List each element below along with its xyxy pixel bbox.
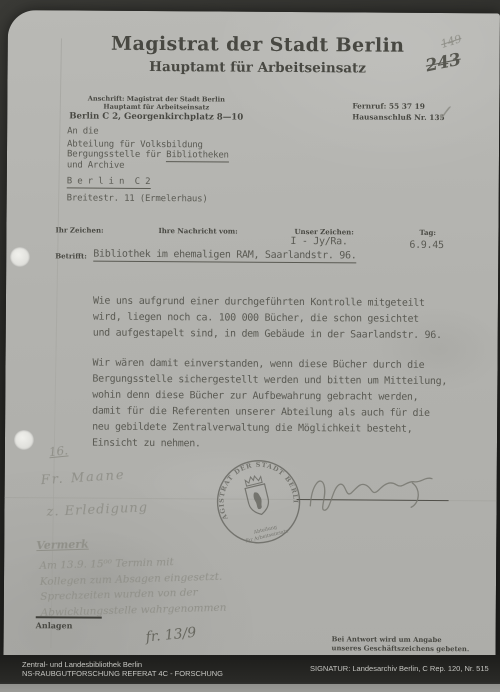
recipient-city: B e r l i n C 2: [67, 176, 151, 188]
sender-address: Anschrift: Magistrat der Stadt Berlin Ha…: [41, 94, 271, 112]
body-paragraph-1: Wie uns aufgrund einer durchgeführten Ko…: [93, 294, 478, 345]
sender-address-city: Berlin C 2, Georgenkirchplatz 8—10: [41, 111, 271, 123]
official-stamp: MAGISTRAT DER STADT BERLIN Abteilung für…: [201, 444, 317, 560]
handwritten-note-line2: z. Erledigung: [46, 500, 148, 520]
your-message-label: Ihre Nachricht vom:: [158, 226, 237, 236]
date-label: Tag:: [419, 228, 436, 237]
recipient-line2-prefix: Bergungsstelle für: [67, 150, 166, 161]
recipient-street: Breitestr. 11 (Ermelerhaus): [67, 193, 208, 204]
svg-text:MAGISTRAT DER STADT BERLIN: MAGISTRAT DER STADT BERLIN: [201, 444, 302, 525]
handwritten-initials-date: fr. 13/9: [145, 625, 197, 646]
handwritten-note-number: 16.: [48, 443, 68, 459]
body-paragraph-2: Wir wären damit einverstanden, wenn dies…: [92, 356, 483, 455]
stamp-ring-text: MAGISTRAT DER STADT BERLIN: [201, 444, 302, 525]
scanned-letter: Magistrat der Stadt Berlin Hauptamt für …: [0, 0, 500, 692]
recipient-salutation: An die: [67, 126, 98, 136]
check-mark: ✓: [434, 100, 454, 126]
stamp-bear-icon: [253, 491, 264, 510]
stamp-crown-icon: [245, 475, 262, 487]
your-ref-label: Ihr Zeichen:: [55, 225, 103, 234]
footer-owner: Zentral- und Landesbibliothek Berlin NS-…: [22, 660, 223, 678]
subject-label: Betrifft:: [55, 251, 87, 260]
letter-paper: Magistrat der Stadt Berlin Hauptamt für …: [3, 10, 499, 659]
footer-signature-ref: SIGNATUR: Landesarchiv Berlin, C Rep. 12…: [310, 664, 489, 673]
hole-punch-bottom: [14, 430, 34, 450]
sender-contact: Fernruf: 55 37 19 Hausanschluß Nr. 135: [352, 100, 445, 123]
scan-footer: Zentral- und Landesbibliothek Berlin NS-…: [0, 655, 500, 692]
enclosures-label: Anlagen: [36, 620, 73, 630]
vertical-fold-line: [50, 38, 62, 648]
handwritten-memo: Am 13.9. 15⁰⁰ Termin mit Kollegen zum Ab…: [39, 553, 251, 621]
reply-note: Bei Antwort wird um Angabe unseres Gesch…: [332, 635, 484, 653]
recipient-line2-underlined: Bibliotheken: [166, 150, 229, 162]
date-value: 6.9.45: [409, 240, 443, 251]
our-ref-value: I - Jy/Ra.: [290, 236, 347, 247]
letterhead-subtitle: Hauptamt für Arbeitseinsatz: [28, 58, 488, 77]
signature: [300, 453, 445, 524]
letterhead-title: Magistrat der Stadt Berlin: [28, 32, 488, 57]
our-ref-label: Unser Zeichen:: [294, 227, 353, 236]
handwritten-memo-heading: Vermerk: [36, 538, 89, 552]
subject-value: Bibliothek im ehemaligen RAM, Saarlandst…: [93, 249, 356, 263]
recipient-line2: Bergungsstelle für Bibliotheken: [67, 150, 229, 161]
hole-punch-top: [10, 247, 30, 267]
